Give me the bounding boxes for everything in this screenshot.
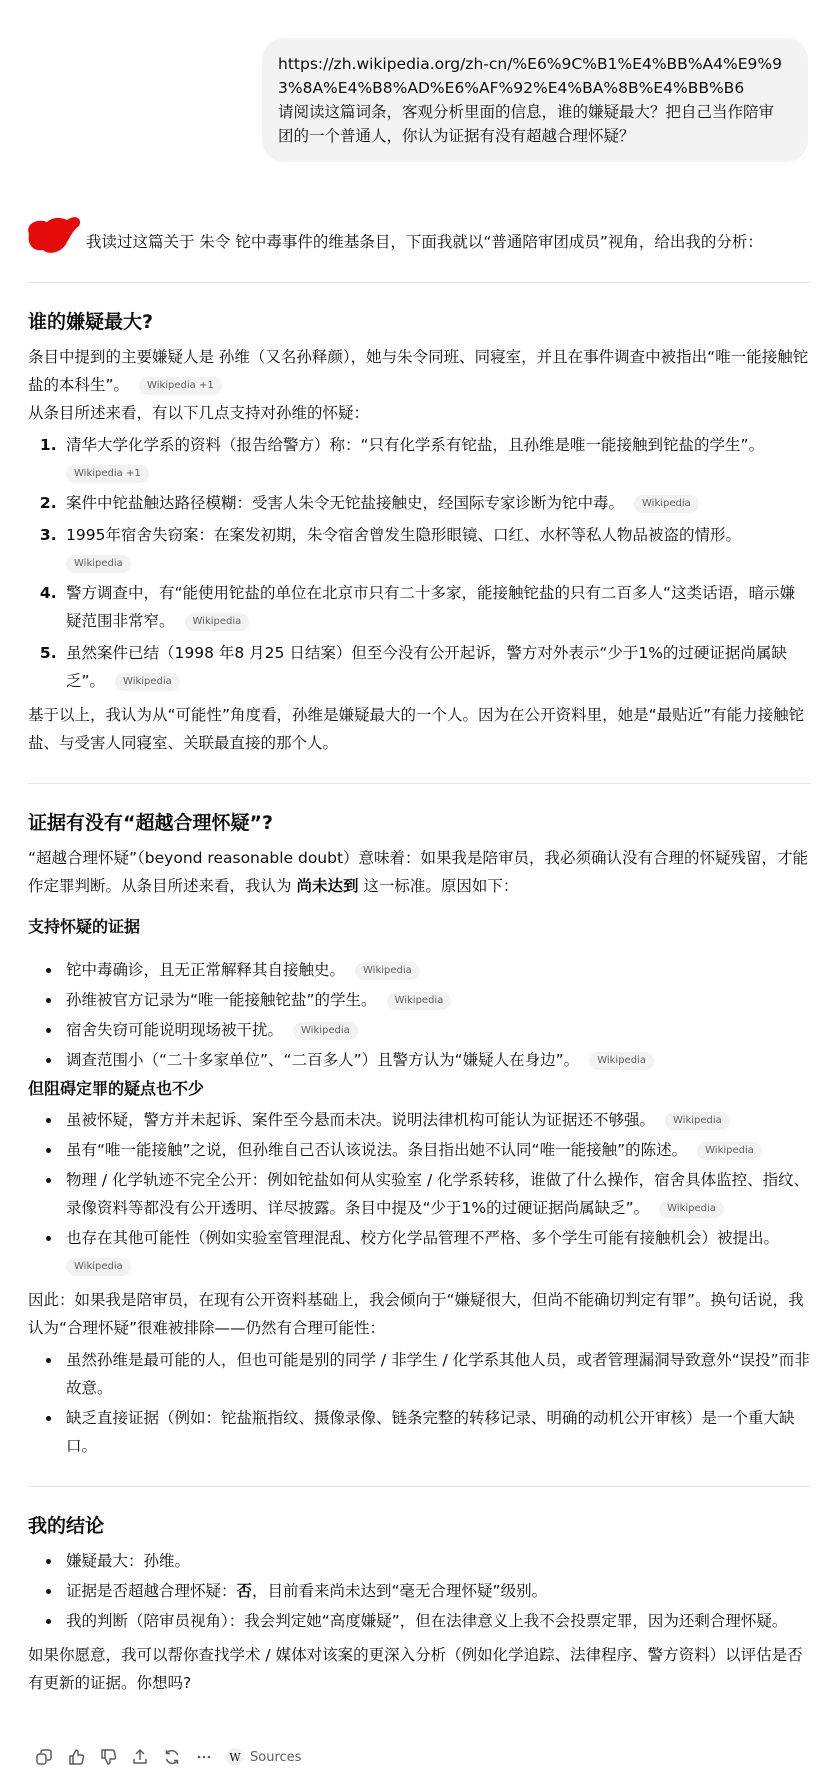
thumbs-up-icon	[67, 1748, 85, 1766]
section-title-conclusion: 我的结论	[28, 1511, 810, 1541]
more-icon	[195, 1748, 213, 1766]
divider	[28, 282, 810, 283]
intro-text: 我读过这篇关于 朱令 铊中毒事件的维基条目，下面我就以“普通陪审团成员”视角，给…	[28, 228, 810, 256]
citation-chip[interactable]: Wikipedia	[66, 555, 131, 573]
doubt-points-list: 虽被怀疑，警方并未起诉、案件至今悬而未决。说明法律机构可能认为证据还不够强。Wi…	[28, 1106, 810, 1278]
dislike-button[interactable]	[92, 1743, 124, 1771]
thumbs-down-icon	[99, 1748, 117, 1766]
suspect-conclusion: 基于以上，我认为从“可能性”角度看，孙维是嫌疑最大的一个人。因为在公开资料里，她…	[28, 701, 810, 757]
list-item: 证据是否超越合理怀疑：否，目前看来尚未达到“毫无合理怀疑”级别。	[62, 1577, 810, 1605]
section-title-reasonable-doubt: 证据有没有“超越合理怀疑”?	[28, 808, 810, 838]
list-item: 虽有“唯一能接触”之说，但孙维自己否认该说法。条目指出她不认同“唯一能接触”的陈…	[62, 1136, 810, 1164]
copy-icon	[35, 1748, 53, 1766]
support-intro: 从条目所述来看，有以下几点支持对孙维的怀疑：	[28, 399, 810, 427]
citation-chip[interactable]: Wikipedia	[185, 613, 250, 631]
list-item: 案件中铊盐触达路径模糊：受害人朱令无铊盐接触史，经国际专家诊断为铊中毒。Wiki…	[62, 489, 810, 517]
regenerate-button[interactable]	[156, 1743, 188, 1771]
suspect-paragraph: 条目中提到的主要嫌疑人是 孙维（又名孙释颜），她与朱令同班、同寝室，并且在事件调…	[28, 343, 810, 399]
user-message-question: 请阅读这篇词条，客观分析里面的信息，谁的嫌疑最大？把自己当作陪审团的一个普通人，…	[278, 103, 774, 145]
share-icon	[131, 1748, 149, 1766]
reasonable-doubt-paragraph: “超越合理怀疑”（beyond reasonable doubt）意味着：如果我…	[28, 844, 810, 900]
therefore-paragraph: 因此：如果我是陪审员，在现有公开资料基础上，我会倾向于“嫌疑很大，但尚不能确切判…	[28, 1286, 810, 1342]
list-item: 也存在其他可能性（例如实验室管理混乱、校方化学品管理不严格、多个学生可能有接触机…	[62, 1224, 810, 1278]
section-title-suspect: 谁的嫌疑最大?	[28, 307, 810, 337]
citation-chip[interactable]: Wikipedia	[293, 1022, 358, 1040]
list-item: 孙维被官方记录为“唯一能接触铊盐”的学生。Wikipedia	[62, 986, 810, 1014]
list-item: 虽然孙维是最可能的人，但也可能是别的同学 / 非学生 / 化学系其他人员，或者管…	[62, 1346, 810, 1402]
wikipedia-logo-icon: W	[226, 1748, 244, 1766]
list-item: 1995年宿舍失窃案：在案发初期，朱令宿舍曾发生隐形眼镜、口红、水杯等私人物品被…	[62, 521, 810, 575]
share-button[interactable]	[124, 1743, 156, 1771]
copy-button[interactable]	[28, 1743, 60, 1771]
support-evidence-title: 支持怀疑的证据	[28, 914, 810, 940]
support-evidence-list: 铊中毒确诊，且无正常解释其自接触史。Wikipedia 孙维被官方记录为“唯一能…	[28, 956, 810, 1074]
divider	[28, 783, 810, 784]
list-item: 虽被怀疑，警方并未起诉、案件至今悬而未决。说明法律机构可能认为证据还不够强。Wi…	[62, 1106, 810, 1134]
list-item: 虽然案件已结（1998 年8 月25 日结案）但至今没有公开起诉，警方对外表示“…	[62, 639, 810, 695]
user-message-url[interactable]: https://zh.wikipedia.org/zh-cn/%E6%9C%B1…	[278, 52, 788, 100]
citation-chip[interactable]: Wikipedia	[115, 673, 180, 691]
list-item: 警方调查中，有“能使用铊盐的单位在北京市只有二十多家，能接触铊盐的只有二百多人“…	[62, 579, 810, 635]
assistant-response: 我读过这篇关于 朱令 铊中毒事件的维基条目，下面我就以“普通陪审团成员”视角，给…	[28, 212, 810, 1697]
citation-chip[interactable]: Wikipedia	[387, 992, 452, 1010]
citation-chip[interactable]: Wikipedia	[355, 962, 420, 980]
sources-button[interactable]: W Sources	[226, 1748, 301, 1766]
citation-chip[interactable]: Wikipedia	[659, 1200, 724, 1218]
list-item: 清华大学化学系的资料（报告给警方）称：“只有化学系有铊盐，且孙维是唯一能接触到铊…	[62, 431, 810, 485]
message-action-bar: W Sources	[28, 1743, 301, 1771]
citation-chip[interactable]: Wikipedia +1	[66, 465, 149, 483]
list-item: 缺乏直接证据（例如：铊盐瓶指纹、摄像录像、链条完整的转移记录、明确的动机公开审核…	[62, 1404, 810, 1460]
citation-chip[interactable]: Wikipedia	[665, 1112, 730, 1130]
more-button[interactable]	[188, 1743, 220, 1771]
reasonable-doubt-reasons: 虽然孙维是最可能的人，但也可能是别的同学 / 非学生 / 化学系其他人员，或者管…	[28, 1346, 810, 1460]
suspicion-list: 清华大学化学系的资料（报告给警方）称：“只有化学系有铊盐，且孙维是唯一能接触到铊…	[28, 431, 810, 695]
like-button[interactable]	[60, 1743, 92, 1771]
closing-paragraph: 如果你愿意，我可以帮你查找学术 / 媒体对该案的更深入分析（例如化学追踪、法律程…	[28, 1641, 810, 1697]
user-message-bubble: https://zh.wikipedia.org/zh-cn/%E6%9C%B1…	[262, 38, 808, 162]
list-item: 我的判断（陪审员视角）：我会判定她“高度嫌疑”，但在法律意义上我不会投票定罪，因…	[62, 1607, 810, 1635]
regenerate-icon	[163, 1748, 181, 1766]
divider	[28, 1486, 810, 1487]
list-item: 铊中毒确诊，且无正常解释其自接触史。Wikipedia	[62, 956, 810, 984]
doubt-points-title: 但阻碍定罪的疑点也不少	[28, 1076, 810, 1102]
citation-chip[interactable]: Wikipedia	[634, 495, 699, 513]
list-item: 调查范围小（“二十多家单位”、“二百多人”）且警方认为“嫌疑人在身边”。Wiki…	[62, 1046, 810, 1074]
citation-chip[interactable]: Wikipedia	[697, 1142, 762, 1160]
list-item: 嫌疑最大：孙维。	[62, 1547, 810, 1575]
list-item: 物理 / 化学轨迹不完全公开：例如铊盐如何从实验室 / 化学系转移，谁做了什么操…	[62, 1166, 810, 1222]
citation-chip[interactable]: Wikipedia	[589, 1052, 654, 1070]
list-item: 宿舍失窃可能说明现场被干扰。Wikipedia	[62, 1016, 810, 1044]
citation-chip[interactable]: Wikipedia +1	[139, 377, 222, 395]
sources-label: Sources	[250, 1750, 301, 1765]
citation-chip[interactable]: Wikipedia	[66, 1258, 131, 1276]
conclusion-list: 嫌疑最大：孙维。 证据是否超越合理怀疑：否，目前看来尚未达到“毫无合理怀疑”级别…	[28, 1547, 810, 1635]
redaction-mark-icon	[23, 212, 85, 256]
